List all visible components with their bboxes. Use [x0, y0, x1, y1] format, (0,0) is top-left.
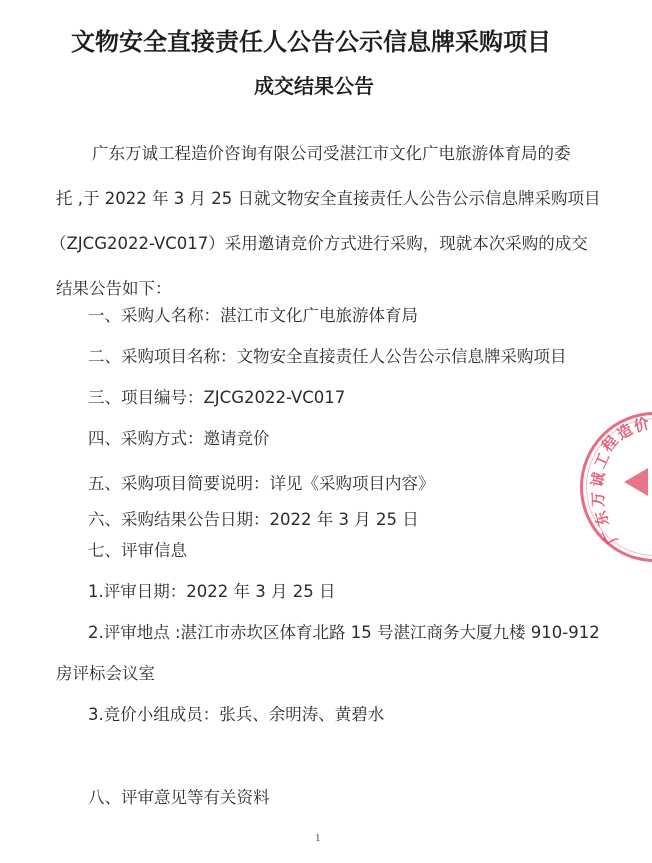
item-purchaser: 一、采购人名称：湛江市文化广电旅游体育局 [88, 306, 418, 326]
document-subtitle: 成交结果公告 [0, 70, 628, 99]
document-title: 文物安全直接责任人公告公示信息牌采购项目 [0, 22, 622, 57]
page-number: 1 [315, 832, 321, 844]
item-project-number: 三、项目编号：ZJCG2022-VC017 [88, 388, 345, 408]
item-announcement-date: 六、采购结果公告日期：2022 年 3 月 25 日 [88, 510, 419, 530]
review-location-line-2: 房评标会议室 [56, 664, 155, 684]
item-review-info-heading: 七、评审信息 [88, 541, 187, 561]
review-panel-members: 3.竞价小组成员：张兵、余明涛、黄碧水 [88, 705, 384, 725]
intro-line-1: 广东万诚工程造价咨询有限公司受湛江市文化广电旅游体育局的委 [92, 144, 571, 164]
seal-star-icon [624, 468, 648, 496]
item-project-name: 二、采购项目名称：文物安全直接责任人公告公示信息牌采购项目 [88, 347, 567, 367]
item-procurement-method: 四、采购方式：邀请竞价 [88, 429, 270, 449]
review-date: 1.评审日期：2022 年 3 月 25 日 [88, 582, 335, 602]
intro-line-3: （ZJCG2022-VC017）采用邀请竞价方式进行采购，现就本次采购的成交 [50, 234, 588, 254]
document-page: 文物安全直接责任人公告公示信息牌采购项目 成交结果公告 广东万诚工程造价咨询有限… [0, 0, 652, 863]
intro-line-2: 托 ,于 2022 年 3 月 25 日就文物安全直接责任人公告公示信息牌采购项… [56, 189, 600, 209]
seal-char: 万 [587, 492, 608, 507]
review-location-line-1: 2.评审地点 :湛江市赤坎区体育北路 15 号湛江商务大厦九楼 910-912 [88, 623, 600, 643]
item-project-description: 五、采购项目简要说明：详见《采购项目内容》 [88, 474, 435, 494]
section-eight-heading: 八、评审意见等有关资料 [88, 788, 270, 808]
intro-line-4: 结果公告如下： [56, 279, 172, 299]
